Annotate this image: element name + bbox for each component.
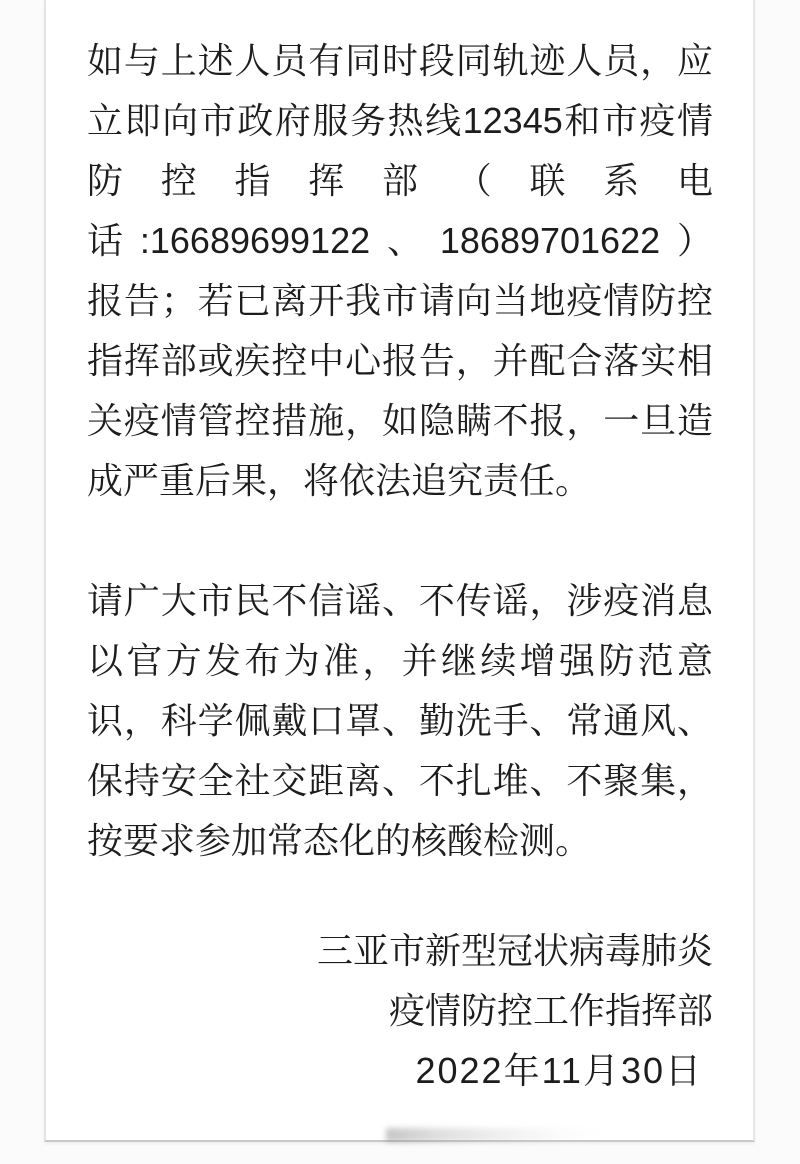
text-line: 成严重后果，将依法追究责任。: [87, 451, 713, 511]
paragraph-public-advisory: 请广大市民不信谣、不传谣，涉疫消息 以官方发布为准，并继续增强防范意 识，科学佩…: [87, 571, 713, 871]
page: { "theme": { "page_background": "#fbfbfb…: [0, 0, 800, 1164]
text-line: 立即向市政府服务热线12345和市疫情: [87, 91, 713, 151]
notice-card: 如与上述人员有同时段同轨迹人员，应 立即向市政府服务热线12345和市疫情 防控…: [44, 0, 755, 1142]
text-line: 指挥部或疾控中心报告，并配合落实相: [87, 331, 713, 391]
signature-date: 2022年11月30日: [87, 1041, 713, 1101]
signature-org-line-1: 三亚市新型冠状病毒肺炎: [87, 921, 713, 981]
signature-block: 三亚市新型冠状病毒肺炎 疫情防控工作指挥部 2022年11月30日: [87, 921, 713, 1101]
signature-org-line-2: 疫情防控工作指挥部: [87, 981, 713, 1041]
text-line-phone-numbers: 话:16689699122、18689701622）: [87, 211, 713, 271]
text-line: 保持安全社交距离、不扎堆、不聚集，: [87, 751, 713, 811]
text-line: 按要求参加常态化的核酸检测。: [87, 811, 713, 871]
text-line: 请广大市民不信谣、不传谣，涉疫消息: [87, 571, 713, 631]
notice-body: 如与上述人员有同时段同轨迹人员，应 立即向市政府服务热线12345和市疫情 防控…: [46, 0, 753, 1101]
text-line: 关疫情管控措施，如隐瞒不报，一旦造: [87, 391, 713, 451]
text-line: 识，科学佩戴口罩、勤洗手、常通风、: [87, 691, 713, 751]
text-line: 报告；若已离开我市请向当地疫情防控: [87, 271, 713, 331]
text-line: 以官方发布为准，并继续增强防范意: [87, 631, 713, 691]
text-line: 防控指挥部（联系电: [87, 151, 713, 211]
text-line: 如与上述人员有同时段同轨迹人员，应: [87, 31, 713, 91]
blurred-watermark-smudge: [386, 1128, 601, 1142]
paragraph-report-instructions: 如与上述人员有同时段同轨迹人员，应 立即向市政府服务热线12345和市疫情 防控…: [87, 31, 713, 511]
